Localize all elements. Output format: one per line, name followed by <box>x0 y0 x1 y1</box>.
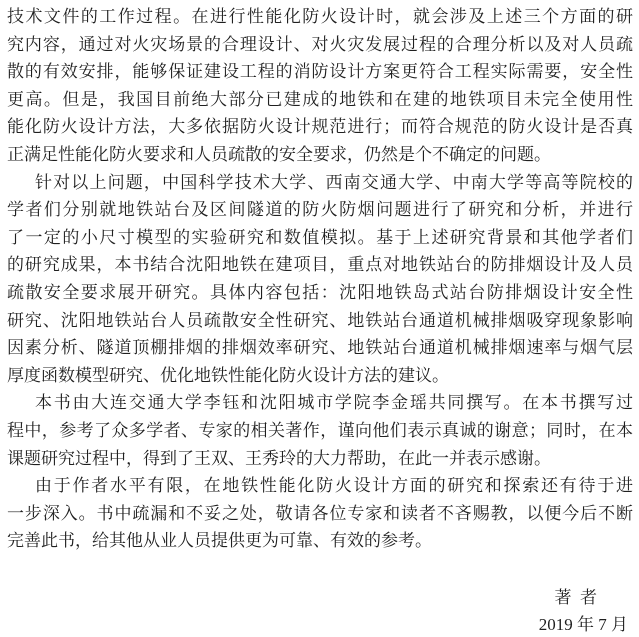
text-line: 本书由大连交通大学李钰和沈阳城市学院李金瑶共同撰写。在本书撰写过 <box>7 389 633 417</box>
text-line: 课题研究过程中，得到了王双、王秀玲的大力帮助，在此一并表示感谢。 <box>7 445 633 473</box>
text-line: 正满足性能化防火要求和人员疏散的安全要求，仍然是个不确定的问题。 <box>7 141 633 169</box>
signature-block: 著 者 2019 年 7 月 <box>7 584 633 637</box>
publication-date: 2019 年 7 月 <box>7 611 633 637</box>
text-line: 由于作者水平有限，在地铁性能化防火设计方面的研究和探索还有待于进 <box>7 472 633 500</box>
text-line: 散的有效安排，能够保证建设工程的消防设计方案更符合工程实际需要，安全性 <box>7 58 633 86</box>
text-line: 学者们分别就地铁站台及区间隧道的防火防烟问题进行了研究和分析，并进行 <box>7 196 633 224</box>
text-line: 针对以上问题，中国科学技术大学、西南交通大学、中南大学等高等院校的 <box>7 169 633 197</box>
text-line: 一步深入。书中疏漏和不妥之处，敬请各位专家和读者不吝赐教，以便今后不断 <box>7 500 633 528</box>
paragraph-research-background: 针对以上问题，中国科学技术大学、西南交通大学、中南大学等高等院校的 学者们分别就… <box>7 169 633 390</box>
text-line: 究内容，通过对火灾场景的合理设计、对火灾发展过程的合理分析以及对人员疏 <box>7 31 633 59</box>
text-line: 因素分析、隧道顶棚排烟的排烟效率研究、地铁站台通道机械排烟速率与烟气层 <box>7 334 633 362</box>
paragraph-closing-remarks: 由于作者水平有限，在地铁性能化防火设计方面的研究和探索还有待于进 一步深入。书中… <box>7 472 633 555</box>
paragraph-continuation: 技术文件的工作过程。在进行性能化防火设计时，就会涉及上述三个方面的研 究内容，通… <box>7 3 633 169</box>
page: 技术文件的工作过程。在进行性能化防火设计时，就会涉及上述三个方面的研 究内容，通… <box>0 0 639 637</box>
text-line: 了一定的小尺寸模型的实验研究和数值模拟。基于上述研究背景和其他学者们 <box>7 224 633 252</box>
text-line: 研究、沈阳地铁站台人员疏散安全性研究、地铁站台通道机械排烟吸穿现象影响 <box>7 307 633 335</box>
text-line: 技术文件的工作过程。在进行性能化防火设计时，就会涉及上述三个方面的研 <box>7 3 633 31</box>
paragraph-authors-thanks: 本书由大连交通大学李钰和沈阳城市学院李金瑶共同撰写。在本书撰写过 程中，参考了众… <box>7 389 633 472</box>
text-line: 疏散安全要求展开研究。具体内容包括：沈阳地铁岛式站台防排烟设计安全性 <box>7 279 633 307</box>
text-line: 程中，参考了众多学者、专家的相关著作，谨向他们表示真诚的谢意；同时，在本 <box>7 417 633 445</box>
text-line: 完善此书，给其他从业人员提供更为可靠、有效的参考。 <box>7 527 633 555</box>
text-line: 的研究成果，本书结合沈阳地铁在建项目，重点对地铁站台的防排烟设计及人员 <box>7 251 633 279</box>
author-signature: 著 者 <box>7 584 633 612</box>
text-line: 厚度函数模型研究、优化地铁性能化防火设计方法的建议。 <box>7 362 633 390</box>
text-line: 能化防火设计方法，大多依据防火设计规范进行；而符合规范的防火设计是否真 <box>7 113 633 141</box>
text-line: 更高。但是，我国目前绝大部分已建成的地铁和在建的地铁项目未完全使用性 <box>7 86 633 114</box>
